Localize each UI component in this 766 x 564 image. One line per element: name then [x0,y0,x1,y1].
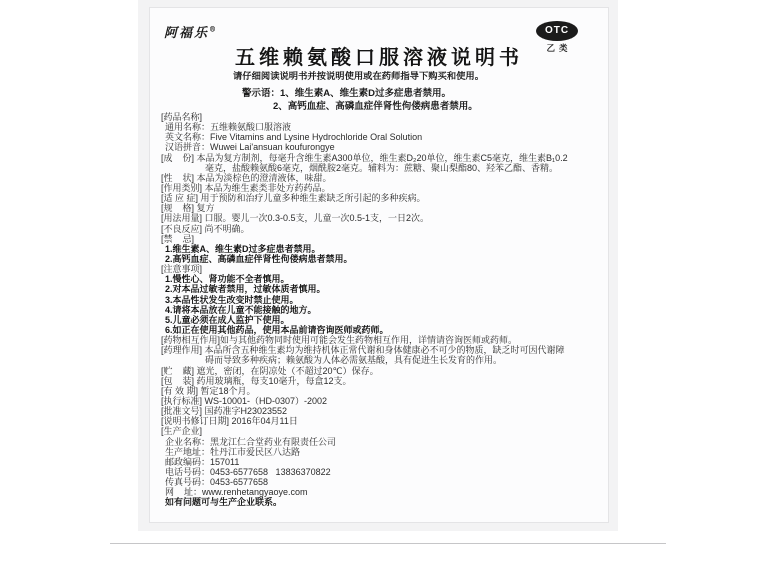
leaflet-line: [成 份] 本品为复方制剂，每毫升含维生素A300单位，维生素D₂20单位，维生… [161,153,603,163]
page-title: 五维赖氨酸口服溶液说明书 [150,41,608,70]
leaflet-line: 1.慢性心、肾功能不全者慎用。 [161,274,603,284]
leaflet-line: 通用名称：五维赖氨酸口服溶液 [161,122,603,132]
leaflet-line: 3.本品性状发生改变时禁止使用。 [161,295,603,305]
leaflet-line: [规 格] 复方 [161,203,603,213]
leaflet-line: 汉语拼音：Wuwei Lai'ansuan koufurongye [161,142,603,152]
leaflet-line: 2.高钙血症、高磷血症伴肾性佝偻病患者禁用。 [161,254,603,264]
leaflet-line: [作用类别] 本品为维生素类非处方药药品。 [161,183,603,193]
brand-name: 阿福乐 [164,26,209,41]
leaflet-line: [禁 忌] [161,234,603,244]
leaflet-line: 1.维生素A、维生素D过多症患者禁用。 [161,244,603,254]
leaflet-line: [生产企业] [161,426,603,436]
leaflet-line: [注意事项] [161,264,603,274]
leaflet-line: [不良反应] 尚不明确。 [161,224,603,234]
leaflet-line: 4.请将本品放在儿童不能接触的地方。 [161,305,603,315]
leaflet-line: [贮 藏] 遮光，密闭，在阴凉处（不超过20℃）保存。 [161,366,603,376]
leaflet-line: [有 效 期] 暂定18个月。 [161,386,603,396]
page: { "colors": { "page_bg": "#ffffff", "pho… [0,0,766,564]
leaflet-line: 英文名称：Five Vitamins and Lysine Hydrochlor… [161,132,603,142]
leaflet-line: 毫克，盐酸赖氨酸6毫克，烟酰胺2毫克。辅料为：蔗糖、聚山梨酯80、羟苯乙酯、香精… [161,163,603,173]
read-instructions-notice: 请仔细阅读说明书并按说明使用或在药师指导下购买和使用。 [233,68,484,82]
bottom-divider [110,543,666,544]
leaflet-line: [批准文号] 国药准字H23023552 [161,406,603,416]
leaflet-line: [执行标准] WS-10001-（HD-0307）-2002 [161,396,603,406]
leaflet-line: 如有问题可与生产企业联系。 [161,497,603,507]
leaflet-line: [适 应 症] 用于预防和治疗儿童多种维生素缺乏所引起的多种疾病。 [161,193,603,203]
leaflet-line: [药理作用] 本品所含五种维生素均为维持机体正常代谢和身体健康必不可少的物质，缺… [161,345,603,355]
leaflet-line: [包 装] 药用玻璃瓶，每支10毫升，每盒12支。 [161,376,603,386]
leaflet-line: [药物相互作用]如与其他药物同时使用可能会发生药物相互作用，详情请咨询医师或药师… [161,335,603,345]
leaflet-sheet: 阿福乐® OTC 乙类 五维赖氨酸口服溶液说明书 请仔细阅读说明书并按说明使用或… [149,7,609,523]
leaflet-line: 网 址：www.renhetangyaoye.com [161,487,603,497]
leaflet-line: [说明书修订日期] 2016年04月11日 [161,416,603,426]
leaflet-line: 碍而导致多种疾病；赖氨酸为人体必需氨基酸，具有促进生长发育的作用。 [161,355,603,365]
leaflet-line: 企业名称：黑龙江仁合堂药业有限责任公司 [161,437,603,447]
brand-logo: 阿福乐® [164,22,216,41]
leaflet-line: [药品名称] [161,112,603,122]
leaflet-line: 电话号码：0453-6577658 13836370822 [161,467,603,477]
leaflet-line: 邮政编码：157011 [161,457,603,467]
leaflet-line: 5.儿童必须在成人监护下使用。 [161,315,603,325]
warning-line-1: 警示语：1、维生素A、维生素D过多症患者禁用。 [242,85,451,99]
leaflet-line: [性 状] 本品为淡棕色的澄清液体，味甜。 [161,173,603,183]
registered-trademark-icon: ® [209,25,216,34]
leaflet-line: 传真号码：0453-6577658 [161,477,603,487]
leaflet-line: 生产地址：牡丹江市爱民区八达路 [161,447,603,457]
leaflet-line: 2.对本品过敏者禁用，过敏体质者慎用。 [161,284,603,294]
leaflet-body: [药品名称]通用名称：五维赖氨酸口服溶液英文名称：Five Vitamins a… [161,112,603,507]
leaflet-line: [用法用量] 口服。婴儿一次0.3-0.5支，儿童一次0.5-1支，一日2次。 [161,213,603,223]
warning-line-2: 2、高钙血症、高磷血症伴肾性佝偻病患者禁用。 [273,98,478,112]
leaflet-line: 6.如正在使用其他药品，使用本品前请咨询医师或药师。 [161,325,603,335]
otc-oval-icon: OTC [536,21,578,41]
